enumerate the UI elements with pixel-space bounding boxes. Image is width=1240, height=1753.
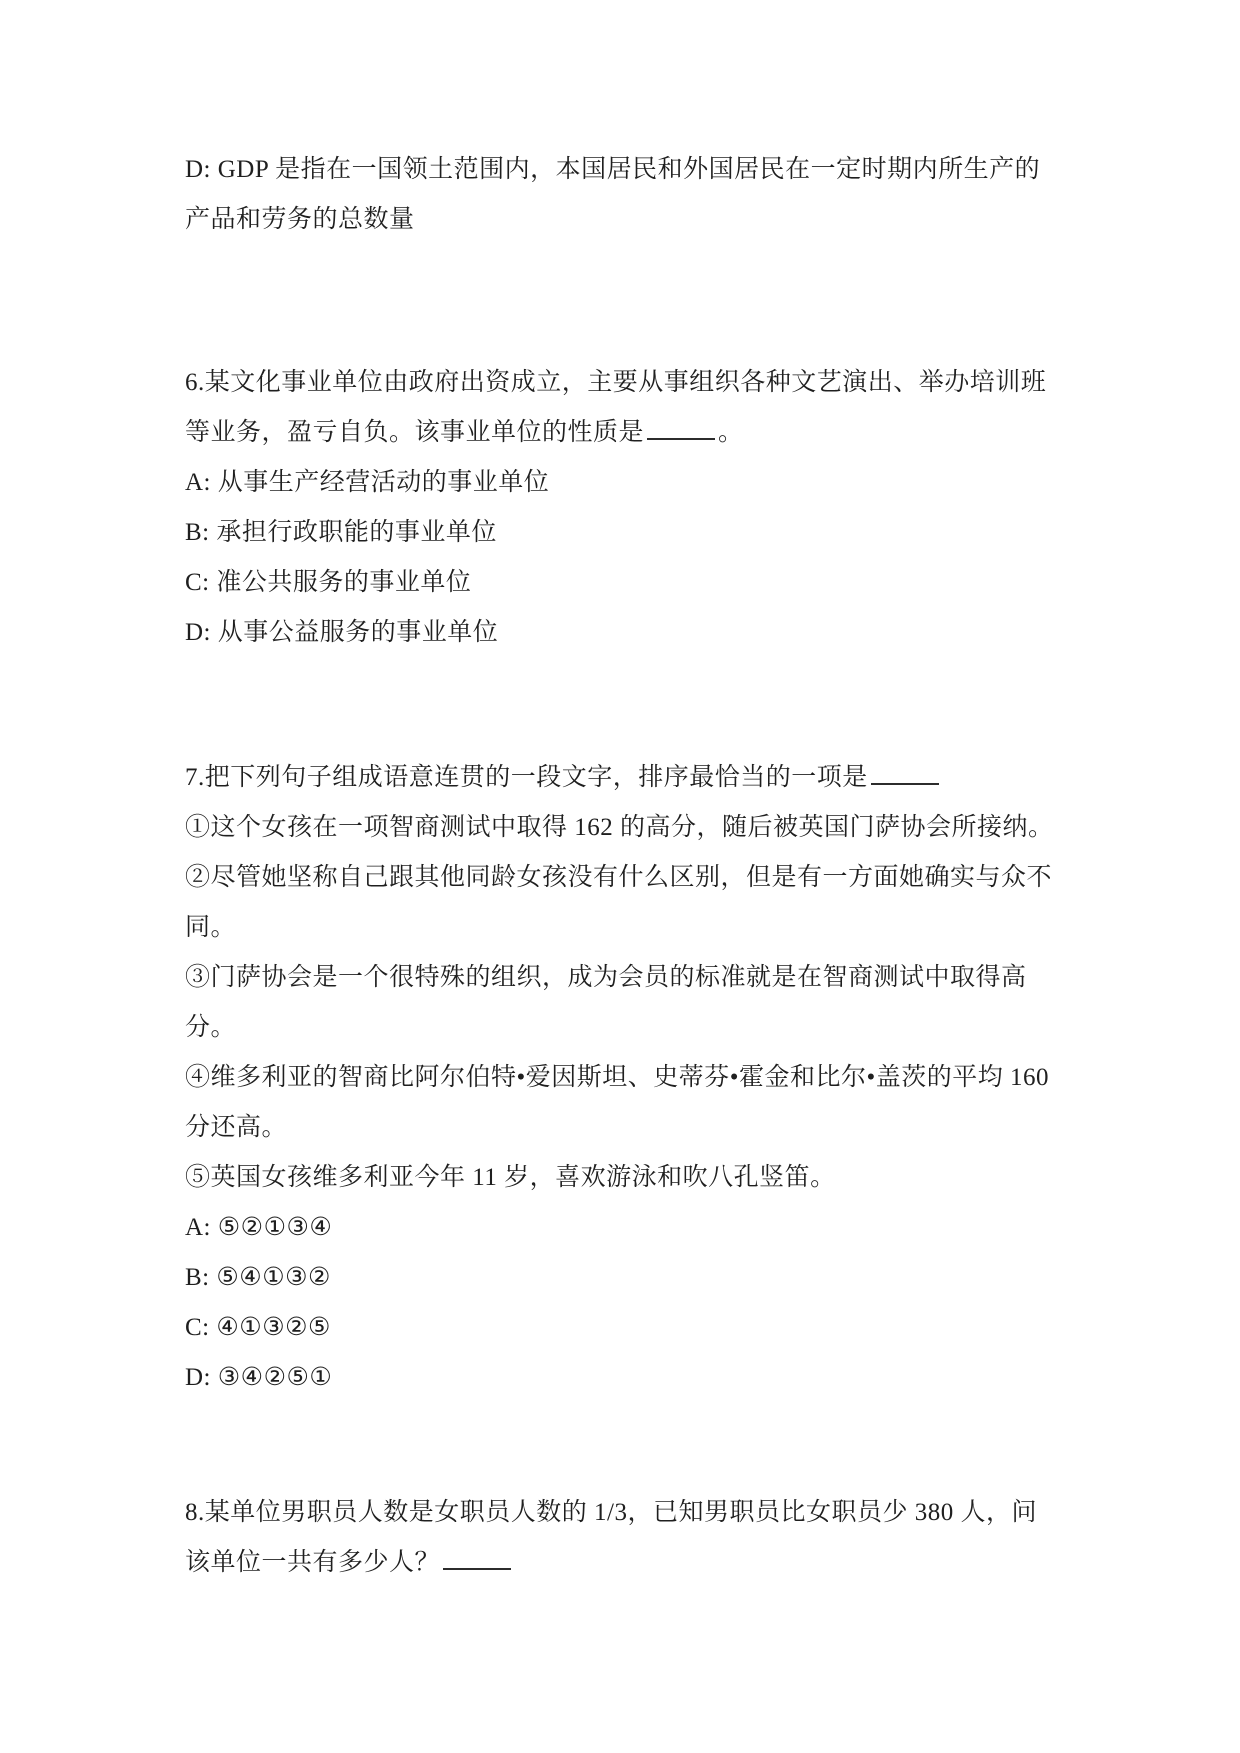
text-line: ③门萨协会是一个很特殊的组织，成为会员的标准就是在智商测试中取得高 (185, 953, 1150, 1003)
text-line: D: 从事公益服务的事业单位 (185, 608, 1150, 658)
answer-blank (871, 758, 939, 785)
text-line: 6.某文化事业单位由政府出资成立，主要从事组织各种文艺演出、举办培训班 (185, 358, 1150, 408)
text-line: 分。 (185, 1003, 1150, 1053)
text-line: 8.某单位男职员人数是女职员人数的 1/3，已知男职员比女职员少 380 人，问 (185, 1488, 1150, 1538)
question-7: 7.把下列句子组成语意连贯的一段文字，排序最恰当的一项是①这个女孩在一项智商测试… (185, 753, 1150, 1403)
text-line: B: 承担行政职能的事业单位 (185, 508, 1150, 558)
text-line: ①这个女孩在一项智商测试中取得 162 的高分，随后被英国门萨协会所接纳。 (185, 803, 1150, 853)
question-5-option-d: D: GDP 是指在一国领土范围内，本国居民和外国居民在一定时期内所生产的产品和… (185, 145, 1150, 245)
text-line: A: 从事生产经营活动的事业单位 (185, 458, 1150, 508)
text-line: ⑤英国女孩维多利亚今年 11 岁，喜欢游泳和吹八孔竖笛。 (185, 1153, 1150, 1203)
answer-blank (443, 1543, 511, 1570)
text-line: D: ③④②⑤① (185, 1353, 1150, 1403)
text-line: 同。 (185, 903, 1150, 953)
text-line: B: ⑤④①③② (185, 1253, 1150, 1303)
text-line: 等业务，盈亏自负。该事业单位的性质是。 (185, 408, 1150, 458)
text-line: 7.把下列句子组成语意连贯的一段文字，排序最恰当的一项是 (185, 753, 1150, 803)
text-line: A: ⑤②①③④ (185, 1203, 1150, 1253)
text-line: 该单位一共有多少人？ (185, 1538, 1150, 1588)
text-line: C: ④①③②⑤ (185, 1303, 1150, 1353)
question-6: 6.某文化事业单位由政府出资成立，主要从事组织各种文艺演出、举办培训班等业务，盈… (185, 358, 1150, 658)
text-line: ④维多利亚的智商比阿尔伯特•爱因斯坦、史蒂芬•霍金和比尔•盖茨的平均 160 (185, 1053, 1150, 1103)
text-line: ②尽管她坚称自己跟其他同龄女孩没有什么区别，但是有一方面她确实与众不 (185, 853, 1150, 903)
document-lines: D: GDP 是指在一国领土范围内，本国居民和外国居民在一定时期内所生产的产品和… (185, 145, 1150, 1588)
question-8: 8.某单位男职员人数是女职员人数的 1/3，已知男职员比女职员少 380 人，问… (185, 1488, 1150, 1588)
text-line: 分还高。 (185, 1103, 1150, 1153)
document-page: D: GDP 是指在一国领土范围内，本国居民和外国居民在一定时期内所生产的产品和… (0, 0, 1240, 1753)
text-line: 产品和劳务的总数量 (185, 195, 1150, 245)
text-line: C: 准公共服务的事业单位 (185, 558, 1150, 608)
text-line: D: GDP 是指在一国领土范围内，本国居民和外国居民在一定时期内所生产的 (185, 145, 1150, 195)
answer-blank (647, 413, 715, 440)
